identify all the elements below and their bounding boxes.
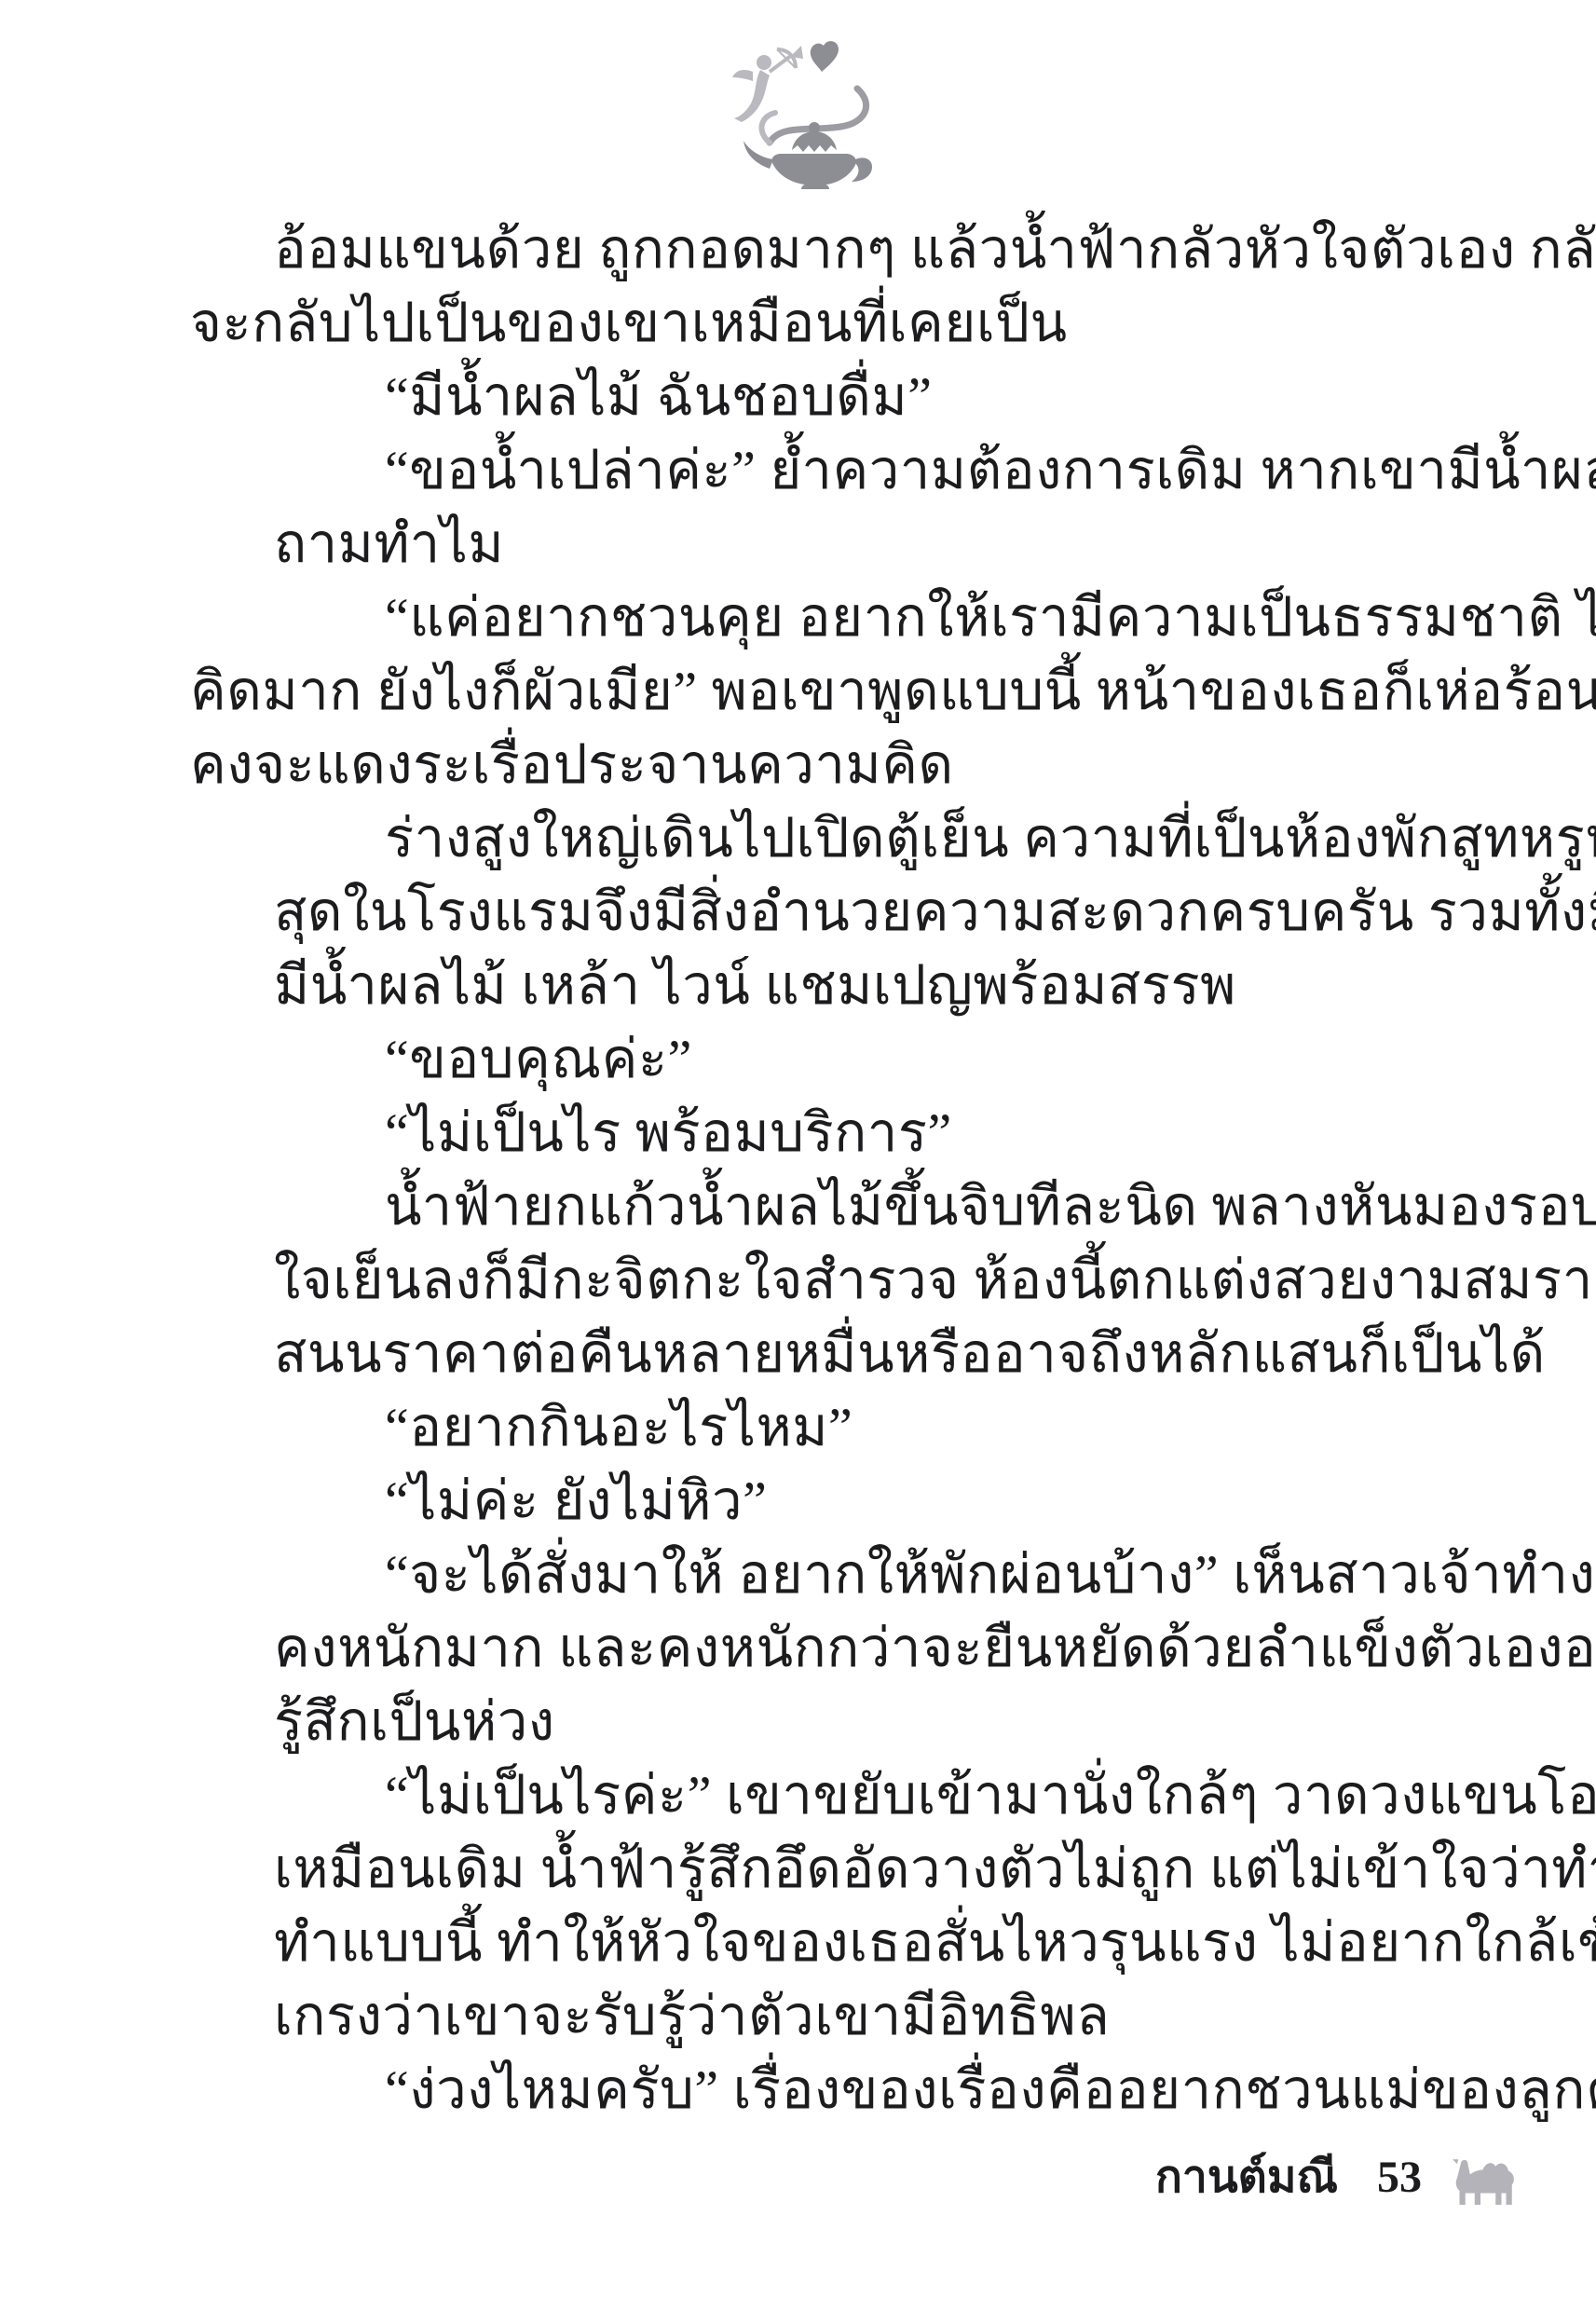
heart-icon [811,41,839,72]
book-page: อ้อมแขนด้วย ถูกกอดมากๆ แล้วน้ำฟ้ากลัวหัว… [0,0,1596,2311]
text-line: เกรงว่าเขาจะรับรู้ว่าตัวเขามีอิทธิพล [190,1979,1435,2053]
text-line: คงหนักมาก และคงหนักกว่าจะยืนหยัดด้วยลำแข… [190,1611,1435,1685]
text-line: ทำแบบนี้ ทำให้หัวใจของเธอสั่นไหวรุนแรง ไ… [190,1906,1435,1979]
text-line: ร่างสูงใหญ่เดินไปเปิดตู้เย็น ความที่เป็น… [190,801,1435,875]
page-number: 53 [1377,2152,1422,2203]
text-line: สนนราคาต่อคืนหลายหมื่นหรืออาจถึงหลักแสนก… [190,1317,1435,1390]
text-line: “ขอน้ำเปล่าค่ะ” ย้ำความต้องการเดิม หากเข… [190,433,1435,507]
cupid-icon [732,46,803,122]
text-line: จะกลับไปเป็นของเขาเหมือนที่เคยเป็น [190,286,1435,360]
text-line: “ขอบคุณค่ะ” [190,1022,1435,1096]
text-line: น้ำฟ้ายกแก้วน้ำผลไม้ขึ้นจิบทีละนิด พลางห… [190,1169,1435,1243]
text-line: “ไม่ค่ะ ยังไม่หิว” [190,1464,1435,1538]
text-line: คงจะแดงระเรื่อประจานความคิด [190,728,1435,801]
cupid-lamp-logo [691,34,915,194]
cupid-lamp-logo-svg [691,34,915,194]
text-block: อ้อมแขนด้วย ถูกกอดมากๆ แล้วน้ำฟ้ากลัวหัว… [190,212,1435,2126]
text-line: “จะได้สั่งมาให้ อยากให้พักผ่อนบ้าง” เห็น… [190,1538,1435,1611]
text-line: ใจเย็นลงก็มีกะจิตกะใจสำรวจ ห้องนี้ตกแต่ง… [190,1243,1435,1317]
text-line: “แค่อยากชวนคุย อยากให้เรามีความเป็นธรรมช… [190,581,1435,654]
footer-book-title: กานต์มณี [1155,2141,1338,2212]
text-line: “ง่วงไหมครับ” เรื่องของเรื่องคืออยากชวนแ… [190,2053,1435,2126]
text-line: “มีน้ำผลไม้ ฉันชอบดื่ม” [190,360,1435,433]
text-line: อ้อมแขนด้วย ถูกกอดมากๆ แล้วน้ำฟ้ากลัวหัว… [190,212,1435,286]
camel-icon [1448,2142,1522,2211]
text-line: รู้สึกเป็นห่วง [190,1685,1435,1758]
footer: กานต์มณี 53 [190,2141,1522,2212]
text-line: สุดในโรงแรมจึงมีสิ่งอำนวยความสะดวกครบครั… [190,875,1435,949]
text-line: มีน้ำผลไม้ เหล้า ไวน์ แชมเปญพร้อมสรรพ [190,949,1435,1022]
text-line: เหมือนเดิม น้ำฟ้ารู้สึกอึดอัดวางตัวไม่ถู… [190,1832,1435,1906]
text-line: “อยากกินอะไรไหม” [190,1390,1435,1464]
text-line: “ไม่เป็นไร พร้อมบริการ” [190,1096,1435,1169]
text-line: คิดมาก ยังไงก็ผัวเมีย” พอเขาพูดแบบนี้ หน… [190,654,1435,728]
text-line: ถามทำไม [190,507,1435,581]
text-line: “ไม่เป็นไรค่ะ” เขาขยับเข้ามานั่งใกล้ๆ วา… [190,1758,1435,1832]
